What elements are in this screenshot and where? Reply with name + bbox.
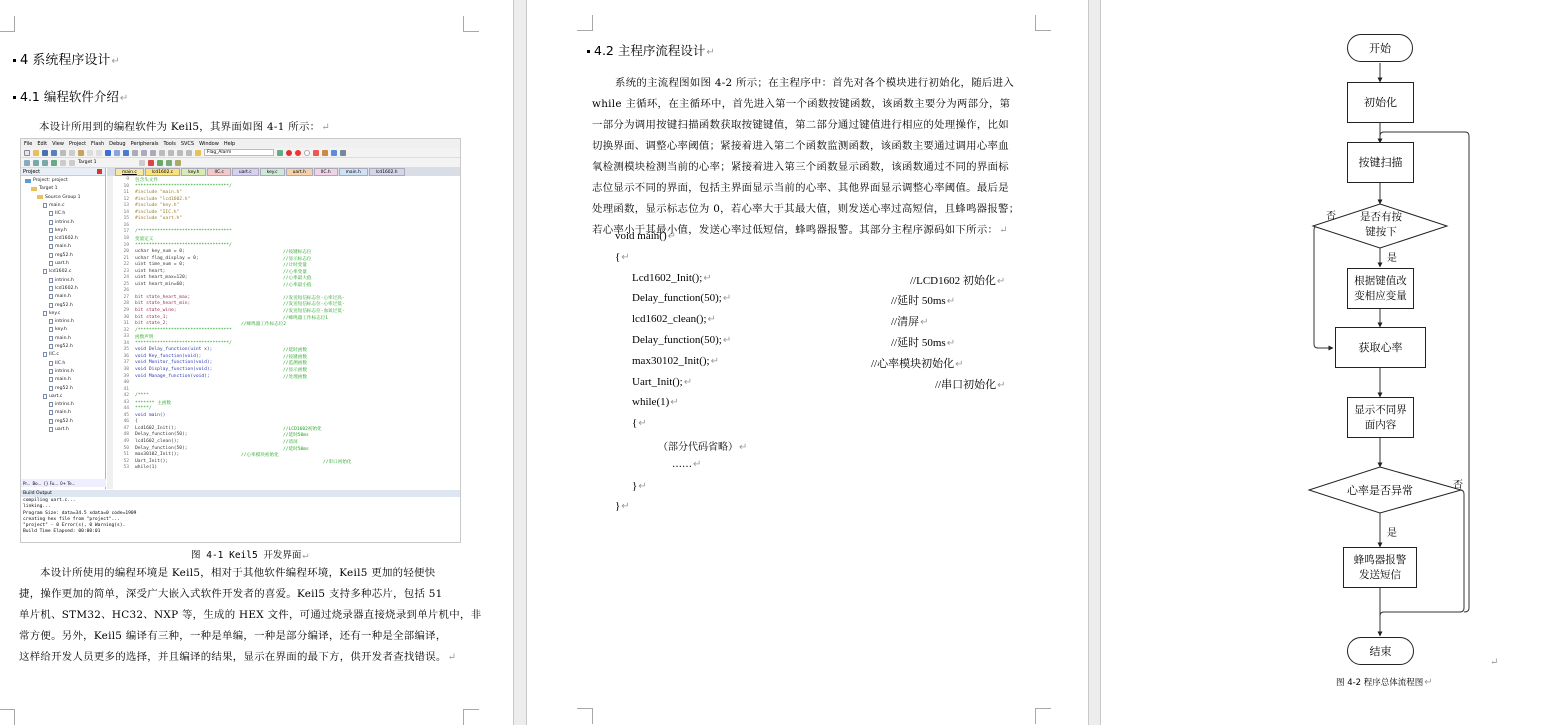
code-comment: //清屏 bbox=[283, 439, 298, 445]
body-line: 志位显示不同的界面，包括主界面显示当前的心率、其他界面显示调整心率阈值。最后是 bbox=[592, 178, 1037, 199]
rte-icon bbox=[166, 160, 172, 166]
flow-no-label: 否 bbox=[1453, 476, 1463, 491]
menu-item-help: Help bbox=[224, 141, 235, 147]
menu-item-window: Window bbox=[199, 141, 219, 147]
flow-no-label: 否 bbox=[1326, 207, 1336, 222]
flow-get-heart-node: 获取心率 bbox=[1335, 327, 1426, 368]
ide-toolbar-1: Flag_Alarm bbox=[21, 148, 460, 158]
tree-item: uart.h bbox=[49, 261, 69, 266]
flowchart-connectors bbox=[1101, 0, 1542, 725]
tree-item: Target 1 bbox=[31, 186, 58, 191]
code-line: {↵ bbox=[615, 251, 630, 263]
tree-item: reg52.h bbox=[49, 386, 73, 391]
debug-icon bbox=[286, 150, 292, 156]
tree-item-label: main.h bbox=[55, 377, 71, 382]
margin-corner bbox=[0, 709, 15, 725]
code-text: Lcd1602_Init(); bbox=[632, 272, 702, 284]
body-text: while 主循环，在主循环中，首先进入第一个函数按键函数，该函数主要分为两部分… bbox=[592, 98, 1010, 110]
tree-item-label: reg52.h bbox=[55, 303, 73, 308]
code-comment: //延时 50ms↵ bbox=[891, 292, 955, 308]
body-line: 处理函数，显示标志位为 0，若心率大于其最大值，则发送心率过高短信，且蜂鸣器报警… bbox=[592, 199, 1037, 220]
file-icon bbox=[43, 352, 47, 357]
comment-text: //串口初始化 bbox=[935, 379, 996, 391]
document-page-1: 4 系统程序设计↵ 4.1 编程软件介绍↵ 本设计所用到的编程软件为 Keil5… bbox=[0, 0, 513, 725]
breakpoint-disable-icon bbox=[304, 150, 310, 156]
tree-item-label: Source Group 1 bbox=[45, 195, 81, 200]
editor-tabs: main.clcd1602.ckey.hIIC.cuart.ckey.cuart… bbox=[107, 168, 460, 176]
margin-corner bbox=[463, 16, 479, 32]
code-line: while(1)↵ bbox=[632, 396, 679, 408]
build-output-line: Build Time Elapsed: 00:00:01 bbox=[23, 529, 458, 535]
paragraph-mark: ↵ bbox=[997, 276, 1005, 287]
open-folder-icon bbox=[33, 150, 39, 156]
tree-item-label: intrins.h bbox=[55, 369, 74, 374]
file-icon bbox=[49, 303, 53, 308]
menu-item-file: File bbox=[24, 141, 32, 147]
code-comment: //显示标志位 bbox=[283, 256, 312, 262]
code-text: { bbox=[632, 417, 637, 429]
body-line: 这样给开发人员更多的选择，并且编译的结果，显示在界面的最下方，供开发者查找错误。… bbox=[19, 647, 464, 668]
code-text: } bbox=[615, 500, 620, 512]
tree-item-label: IIC.h bbox=[55, 211, 65, 216]
code-text: while(1) bbox=[135, 465, 157, 472]
body-text: 志位显示不同的界面，包括主界面显示当前的心率、其他界面显示调整心率阈值。最后是 bbox=[592, 182, 1009, 194]
file-icon bbox=[43, 394, 47, 399]
new-file-icon bbox=[24, 150, 30, 156]
body-text: 本设计所使用的编程环境是 Keil5，相对于其他软件编程环境，Keil5 更加的… bbox=[40, 567, 435, 579]
code-text: （部分代码省略） bbox=[658, 442, 738, 453]
menu-item-project: Project bbox=[69, 141, 86, 147]
code-comment: //显示函数 bbox=[283, 367, 307, 373]
translate-icon bbox=[24, 160, 30, 166]
flow-update-node: 根据键值改变相应变量 bbox=[1347, 268, 1414, 309]
paragraph-mark: ↵ bbox=[997, 380, 1005, 391]
code-text: Delay_function(50); bbox=[632, 292, 722, 304]
flow-scan-node: 按键扫描 bbox=[1347, 142, 1414, 183]
body-text: 处理函数，显示标志位为 0，若心率大于其最大值，则发送心率过高短信，且蜂鸣器报警… bbox=[592, 203, 1019, 215]
paragraph-mark: ↵ bbox=[999, 225, 1008, 236]
code-comment: //发送短信标志位-血氧过低- bbox=[283, 308, 345, 314]
menu-item-edit: Edit bbox=[37, 141, 47, 147]
menu-item-debug: Debug bbox=[109, 141, 125, 147]
editor-tab: main.c bbox=[115, 168, 144, 176]
redo-icon bbox=[96, 150, 102, 156]
target-name: Target 1 bbox=[78, 160, 136, 165]
tree-item-label: intrins.h bbox=[55, 319, 74, 324]
build-icon bbox=[33, 160, 39, 166]
uncomment-icon bbox=[186, 150, 192, 156]
configure-icon bbox=[322, 150, 328, 156]
body-text: 一部分为调用按键扫描函数获取按键键值，第二部分通过键值进行相应的处理操作，比如 bbox=[592, 119, 1009, 131]
flow-decision-heart-label: 心率是否异常 bbox=[1337, 482, 1423, 498]
tree-item: lcd1602.h bbox=[49, 236, 78, 241]
comment-text: //延时 50ms bbox=[891, 337, 946, 349]
tree-item: reg52.h bbox=[49, 303, 73, 308]
file-icon bbox=[49, 228, 53, 233]
tree-item: intrins.h bbox=[49, 220, 74, 225]
tree-item-label: uart.c bbox=[49, 394, 62, 399]
tree-item: reg52.h bbox=[49, 253, 73, 258]
code-comment: //清屏↵ bbox=[891, 313, 929, 329]
code-text: void main() bbox=[615, 230, 667, 242]
folder-icon bbox=[37, 195, 43, 199]
build-output-header: Build Output bbox=[21, 490, 460, 497]
window-icon bbox=[331, 150, 337, 156]
tree-item: main.h bbox=[49, 294, 71, 299]
tree-item: key.h bbox=[49, 327, 67, 332]
editor-tab: uart.h bbox=[286, 168, 313, 176]
comment-text: //清屏 bbox=[891, 316, 919, 328]
tree-item: main.h bbox=[49, 377, 71, 382]
code-comment: //延时 50ms↵ bbox=[891, 334, 955, 350]
code-line: 53 while(1) bbox=[113, 465, 460, 472]
tree-item-label: IIC.c bbox=[49, 352, 59, 357]
pack-installer-icon bbox=[157, 160, 163, 166]
code-comment: //按键标志位 bbox=[283, 249, 312, 255]
chapter-heading: 4 系统程序设计↵ bbox=[13, 49, 120, 68]
menu-item-svcs: SVCS bbox=[181, 141, 194, 147]
menu-item-flash: Flash bbox=[91, 141, 104, 147]
comment-text: //延时 50ms bbox=[891, 295, 946, 307]
paragraph-mark: ↵ bbox=[670, 397, 678, 408]
comment-text: //LCD1602 初始化 bbox=[910, 275, 996, 287]
file-icon bbox=[49, 220, 53, 225]
tree-item-label: reg52.h bbox=[55, 344, 73, 349]
project-panel-title: Project bbox=[23, 169, 40, 175]
paragraph-mark: ↵ bbox=[1490, 657, 1498, 668]
file-icon bbox=[49, 278, 53, 283]
body-text: 系统的主流程图如图 4-2 所示；在主程序中：首先对各个模块进行初始化，随后进入 bbox=[615, 77, 1014, 89]
code-line: Delay_function(50);↵ bbox=[632, 292, 731, 304]
tree-item: main.c bbox=[43, 203, 64, 208]
file-icon bbox=[49, 427, 53, 432]
code-comment: //延时函数 bbox=[283, 347, 307, 353]
section-heading: 4.2 主程序流程设计↵ bbox=[587, 41, 715, 59]
comment-text: //心率模块初始化 bbox=[871, 358, 954, 370]
code-comment: //心率最小值 bbox=[283, 282, 312, 288]
tree-item-label: lcd1602.c bbox=[49, 269, 71, 274]
code-text: …… bbox=[672, 459, 692, 470]
panel-tab: {} Fu... bbox=[43, 481, 58, 486]
tree-item: key.c bbox=[43, 311, 60, 316]
tree-item: reg52.h bbox=[49, 344, 73, 349]
outdent-icon bbox=[168, 150, 174, 156]
tree-item: reg52.h bbox=[49, 419, 73, 424]
bookmark-icon bbox=[132, 150, 138, 156]
code-comment: //延时50ms bbox=[283, 432, 309, 438]
code-line: lcd1602_clean();↵ bbox=[632, 313, 716, 325]
page-gap bbox=[513, 0, 527, 725]
tree-item-label: main.c bbox=[49, 203, 64, 208]
page-gap bbox=[1088, 0, 1101, 725]
code-line: {↵ bbox=[632, 417, 647, 429]
nav-back-icon bbox=[105, 150, 111, 156]
indent-icon bbox=[159, 150, 165, 156]
paragraph-mark: ↵ bbox=[947, 338, 955, 349]
file-icon bbox=[49, 211, 53, 216]
panel-tab: 0+ Te... bbox=[60, 481, 75, 486]
tree-item-label: intrins.h bbox=[55, 402, 74, 407]
tree-item: uart.h bbox=[49, 427, 69, 432]
code-comment: //计时变量 bbox=[283, 262, 307, 268]
flow-init-node: 初始化 bbox=[1347, 82, 1414, 123]
tree-item: Project: project bbox=[25, 178, 68, 183]
code-comment: //LCD1602初始化 bbox=[283, 426, 322, 432]
breakpoint-icon bbox=[295, 150, 301, 156]
copy-icon bbox=[69, 150, 75, 156]
tree-item: main.h bbox=[49, 244, 71, 249]
tree-item-label: uart.h bbox=[55, 261, 69, 266]
ide-toolbar-2: Target 1 bbox=[21, 158, 460, 168]
paragraph-mark: ↵ bbox=[711, 356, 719, 367]
flow-display-node: 显示不同界面内容 bbox=[1347, 397, 1414, 438]
tree-item-label: reg52.h bbox=[55, 386, 73, 391]
tree-item: IIC.h bbox=[49, 361, 65, 366]
paragraph-mark: ↵ bbox=[693, 459, 701, 470]
body-text: 单片机、STM32、HC32、NXP 等，生成的 HEX 文件，可通过烧录器直接… bbox=[19, 609, 481, 621]
margin-corner bbox=[463, 709, 479, 725]
comment-icon bbox=[177, 150, 183, 156]
tree-item: lcd1602.c bbox=[43, 269, 71, 274]
flow-yes-label: 是 bbox=[1387, 524, 1397, 539]
file-icon bbox=[43, 269, 47, 274]
body-line: 常方便。另外，Keil5 编译有三种，一种是单编，一种是部分编译，还有一种是全部… bbox=[19, 626, 464, 647]
body-line: 捷，操作更加的简单，深受广大嵌入式软件开发者的喜爱。Keil5 支持多种芯片，包… bbox=[19, 584, 464, 605]
file-icon bbox=[43, 311, 47, 316]
body-line: 本设计所使用的编程环境是 Keil5，相对于其他软件编程环境，Keil5 更加的… bbox=[19, 563, 464, 584]
file-icon bbox=[49, 261, 53, 266]
folder-icon bbox=[25, 179, 31, 183]
tree-item-label: reg52.h bbox=[55, 419, 73, 424]
code-comment: //发送短信标志位-心率过高- bbox=[283, 295, 345, 301]
tree-item-label: Project: project bbox=[33, 178, 68, 183]
tree-item-label: key.h bbox=[55, 327, 67, 332]
tree-item: key.h bbox=[49, 228, 67, 233]
editor-tab: lcd1602.h bbox=[369, 168, 405, 176]
undo-icon bbox=[87, 150, 93, 156]
code-comment: //串口初始化 bbox=[323, 459, 352, 465]
tree-item-label: main.h bbox=[55, 244, 71, 249]
tree-item-label: reg52.h bbox=[55, 253, 73, 258]
margin-corner bbox=[577, 15, 593, 31]
paragraph-mark: ↵ bbox=[621, 252, 629, 263]
panel-tab: Pr... bbox=[23, 481, 30, 486]
nav-forward-icon bbox=[114, 150, 120, 156]
tree-item-label: intrins.h bbox=[55, 278, 74, 283]
bookmark-icon bbox=[141, 150, 147, 156]
code-text: while(1) bbox=[632, 396, 669, 408]
select-pack-icon bbox=[175, 160, 181, 166]
body-text: 捷，操作更加的简单，深受广大嵌入式软件开发者的喜爱。Keil5 支持多种芯片，包… bbox=[19, 588, 443, 600]
editor-tab: key.c bbox=[260, 168, 285, 176]
editor-tab: lcd1602.c bbox=[145, 168, 180, 176]
code-comment: //蜂鸣器工作标志位1 bbox=[283, 315, 328, 321]
tree-item: intrins.h bbox=[49, 278, 74, 283]
file-icon bbox=[49, 236, 53, 241]
file-icon bbox=[49, 294, 53, 299]
code-editor: 9包含头文件10********************************… bbox=[107, 176, 460, 489]
section-heading: 4.1 编程软件介绍↵ bbox=[13, 87, 128, 105]
target-options-icon bbox=[69, 160, 75, 166]
menu-item-tools: Tools bbox=[164, 141, 176, 147]
file-icon bbox=[49, 402, 53, 407]
editor-tab: uart.c bbox=[232, 168, 259, 176]
editor-tab: main.h bbox=[339, 168, 368, 176]
manage-components-icon bbox=[148, 160, 154, 166]
file-icon bbox=[49, 377, 53, 382]
target-select: Flag_Alarm bbox=[204, 149, 274, 156]
flow-start-node: 开始 bbox=[1347, 34, 1413, 62]
file-icon bbox=[49, 336, 53, 341]
document-page-2: 4.2 主程序流程设计↵ 系统的主流程图如图 4-2 所示；在主程序中：首先对各… bbox=[527, 0, 1088, 725]
tree-item-label: main.h bbox=[55, 410, 71, 415]
tree-item-label: main.h bbox=[55, 294, 71, 299]
paragraph-mark: ↵ bbox=[638, 481, 646, 492]
body-line: 切换界面、调整心率阈值；紧接着进入第二个函数监测函数，该函数主要通过调用心率血 bbox=[592, 136, 1037, 157]
breakpoint-kill-icon bbox=[313, 150, 319, 156]
margin-corner bbox=[0, 16, 15, 32]
code-line: Uart_Init();↵ bbox=[632, 376, 692, 388]
code-line: （部分代码省略）↵ bbox=[658, 438, 747, 453]
figure-caption-4-2: 图 4-2 程序总体流程图↵ bbox=[1336, 676, 1433, 688]
code-comment: //心率模块初始化↵ bbox=[871, 355, 964, 371]
cut-icon bbox=[60, 150, 66, 156]
tree-item: main.h bbox=[49, 336, 71, 341]
flow-end-node: 结束 bbox=[1347, 637, 1414, 665]
code-text: } bbox=[632, 480, 637, 492]
paragraph-mark: ↵ bbox=[684, 377, 692, 388]
code-text: { bbox=[615, 251, 620, 263]
tree-item-label: main.h bbox=[55, 336, 71, 341]
tree-item-label: key.h bbox=[55, 228, 67, 233]
margin-corner bbox=[1035, 708, 1051, 724]
paragraph-mark: ↵ bbox=[723, 335, 731, 346]
margin-corner bbox=[1035, 15, 1051, 31]
figure-caption-4-1: 图 4-1 Keil5 开发界面↵ bbox=[191, 547, 308, 561]
paragraph-mark: ↵ bbox=[621, 501, 629, 512]
bookmark-icon bbox=[123, 150, 129, 156]
code-line: ……↵ bbox=[672, 459, 701, 470]
editor-tab: key.h bbox=[181, 168, 206, 176]
code-comment: //监测函数 bbox=[283, 360, 307, 366]
tree-item-label: Target 1 bbox=[39, 186, 58, 191]
panel-tabs: Pr...Bo...{} Fu...0+ Te... bbox=[21, 479, 106, 487]
code-line: Delay_function(50);↵ bbox=[632, 334, 731, 346]
menu-item-view: View bbox=[52, 141, 64, 147]
body-line: 单片机、STM32、HC32、NXP 等，生成的 HEX 文件，可通过烧录器直接… bbox=[19, 605, 464, 626]
wrench-icon bbox=[340, 150, 346, 156]
body-paragraph: 系统的主流程图如图 4-2 所示；在主程序中：首先对各个模块进行初始化，随后进入… bbox=[592, 73, 1037, 241]
paragraph-mark: ↵ bbox=[638, 418, 646, 429]
rebuild-icon bbox=[42, 160, 48, 166]
file-icon bbox=[49, 410, 53, 415]
file-icon bbox=[49, 253, 53, 258]
code-comment: //心率变量 bbox=[283, 269, 307, 275]
paragraph-mark: ↵ bbox=[708, 314, 716, 325]
body-line: 一部分为调用按键扫描函数获取按键键值，第二部分通过键值进行相应的处理操作，比如 bbox=[592, 115, 1037, 136]
folder-icon bbox=[31, 187, 37, 191]
code-line: }↵ bbox=[632, 480, 647, 492]
code-line: void main()↵ bbox=[615, 230, 676, 242]
tree-item: Source Group 1 bbox=[37, 195, 81, 200]
options-icon bbox=[139, 160, 145, 166]
code-comment: //心率模块初始化 bbox=[241, 452, 279, 458]
tree-item: uart.c bbox=[43, 394, 62, 399]
tree-item-label: lcd1602.h bbox=[55, 236, 78, 241]
tree-item-label: lcd1602.h bbox=[55, 286, 78, 291]
menu-item-peripherals: Peripherals bbox=[131, 141, 159, 147]
flow-yes-label: 是 bbox=[1387, 249, 1397, 264]
body-line: 氧检测模块检测当前的心率；紧接着进入第三个函数显示函数，该函数通过不同的界面标 bbox=[592, 157, 1037, 178]
save-icon bbox=[42, 150, 48, 156]
tree-item-label: intrins.h bbox=[55, 220, 74, 225]
paragraph-mark: ↵ bbox=[723, 293, 731, 304]
paragraph-mark: ↵ bbox=[920, 317, 928, 328]
line-number: 53 bbox=[113, 465, 135, 472]
ide-menubar: FileEditViewProjectFlashDebugPeripherals… bbox=[21, 139, 460, 148]
paragraph-mark: ↵ bbox=[703, 273, 711, 284]
keil5-ide-screenshot: FileEditViewProjectFlashDebugPeripherals… bbox=[20, 138, 461, 543]
file-icon bbox=[49, 386, 53, 391]
file-icon bbox=[49, 244, 53, 249]
code-text: max30102_Init(); bbox=[632, 355, 710, 367]
paragraph-mark: ↵ bbox=[947, 296, 955, 307]
paragraph-mark: ↵ bbox=[955, 359, 963, 370]
code-comment: //心率最大值 bbox=[283, 275, 312, 281]
flow-alarm-node: 蜂鸣器报警发送短信 bbox=[1343, 547, 1417, 588]
tree-item: intrins.h bbox=[49, 319, 74, 324]
code-line: }↵ bbox=[615, 500, 630, 512]
code-comment: //蜂鸣器工作标志位2 bbox=[241, 321, 286, 327]
margin-corner bbox=[577, 708, 593, 724]
body-text: 切换界面、调整心率阈值；紧接着进入第二个函数监测函数，该函数主要通过调用心率血 bbox=[592, 140, 1009, 152]
file-icon bbox=[49, 419, 53, 424]
code-comment: //延时50ms bbox=[283, 446, 309, 452]
close-icon[interactable] bbox=[97, 169, 102, 174]
tree-item: intrins.h bbox=[49, 369, 74, 374]
body-line: 系统的主流程图如图 4-2 所示；在主程序中：首先对各个模块进行初始化，随后进入 bbox=[592, 73, 1037, 94]
body-text: 常方便。另外，Keil5 编译有三种，一种是单编，一种是部分编译，还有一种是全部… bbox=[19, 630, 447, 642]
body-text: 这样给开发人员更多的选择，并且编译的结果，显示在界面的最下方，供开发者查找错误。 bbox=[19, 651, 447, 663]
file-icon bbox=[49, 327, 53, 332]
find-in-files-icon bbox=[195, 150, 201, 156]
paragraph-mark: ↵ bbox=[739, 442, 747, 453]
project-panel-header: Project bbox=[21, 168, 105, 176]
file-icon bbox=[49, 344, 53, 349]
code-text: Delay_function(50); bbox=[632, 334, 722, 346]
paragraph-mark: ↵ bbox=[448, 652, 457, 663]
file-icon bbox=[49, 361, 53, 366]
code-comment: //按键函数 bbox=[283, 354, 307, 360]
bookmark-icon bbox=[150, 150, 156, 156]
code-line: Lcd1602_Init();↵ bbox=[632, 272, 712, 284]
panel-tab: Bo... bbox=[32, 481, 41, 486]
file-icon bbox=[49, 369, 53, 374]
document-page-3: 开始 初始化 按键扫描 是否有按键按下 否 是 根据键值改变相应变量 获取心率 … bbox=[1101, 0, 1542, 725]
save-all-icon bbox=[51, 150, 57, 156]
tree-item-label: key.c bbox=[49, 311, 60, 316]
tree-item: main.h bbox=[49, 410, 71, 415]
body-line: while 主循环，在主循环中，首先进入第一个函数按键函数，该函数主要分为两部分… bbox=[592, 94, 1037, 115]
tree-item: lcd1602.h bbox=[49, 286, 78, 291]
code-comment: //发送短信标志位-心率过低- bbox=[283, 301, 345, 307]
code-line: max30102_Init();↵ bbox=[632, 355, 719, 367]
body-paragraph: 本设计所使用的编程环境是 Keil5，相对于其他软件编程环境，Keil5 更加的… bbox=[19, 563, 464, 668]
project-panel: Project Project: projectTarget 1Source G… bbox=[21, 168, 106, 489]
tree-item-label: uart.h bbox=[55, 427, 69, 432]
code-comment: //串口初始化↵ bbox=[935, 376, 1006, 392]
editor-tab: IIC.h bbox=[314, 168, 338, 176]
